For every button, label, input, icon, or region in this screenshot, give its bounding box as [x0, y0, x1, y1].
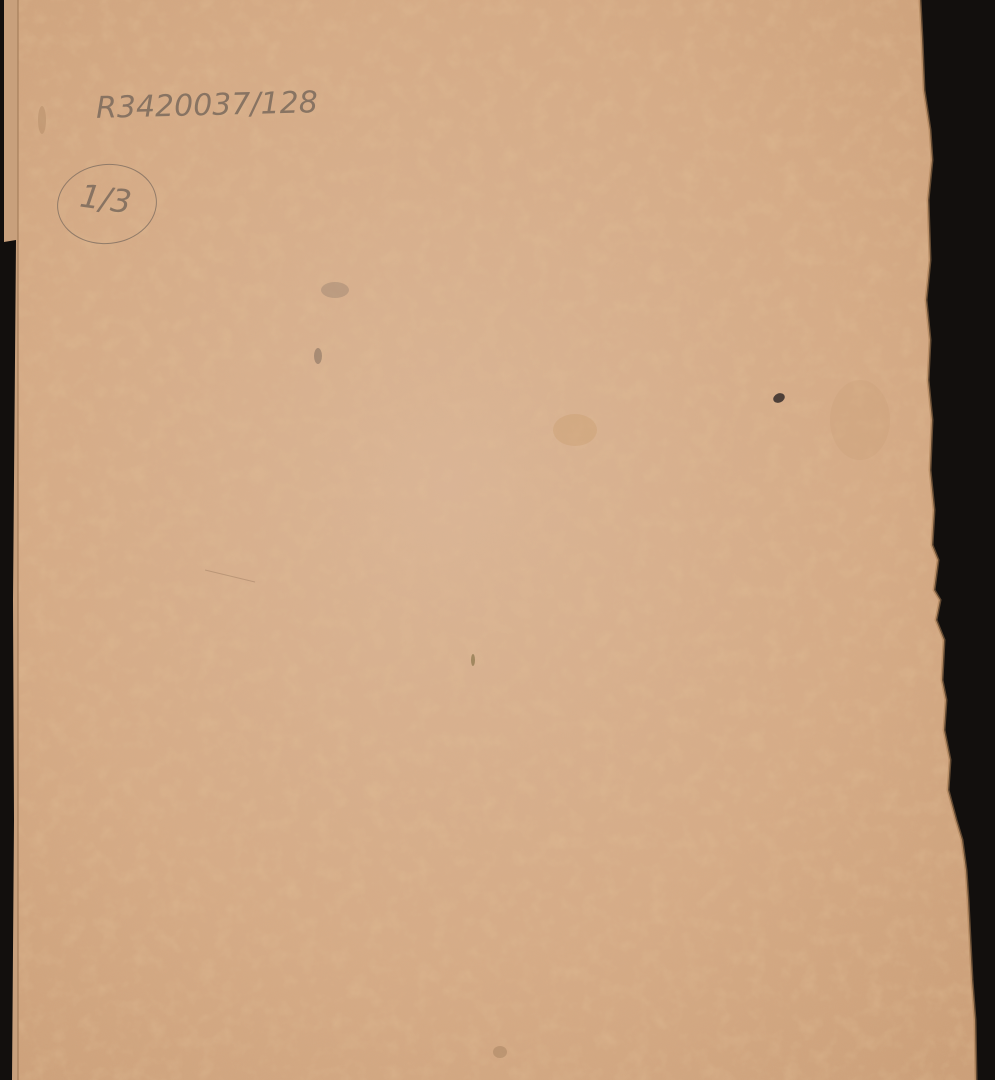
paper-sheet [0, 0, 995, 1080]
part-marker-label: 1/3 [78, 177, 134, 222]
smudge [314, 348, 322, 364]
archive-reference-number: R3420037/128 [96, 85, 319, 126]
smudge [321, 282, 349, 298]
stain-mark [471, 654, 475, 666]
scanned-page: R3420037/128 1/3 [0, 0, 995, 1080]
